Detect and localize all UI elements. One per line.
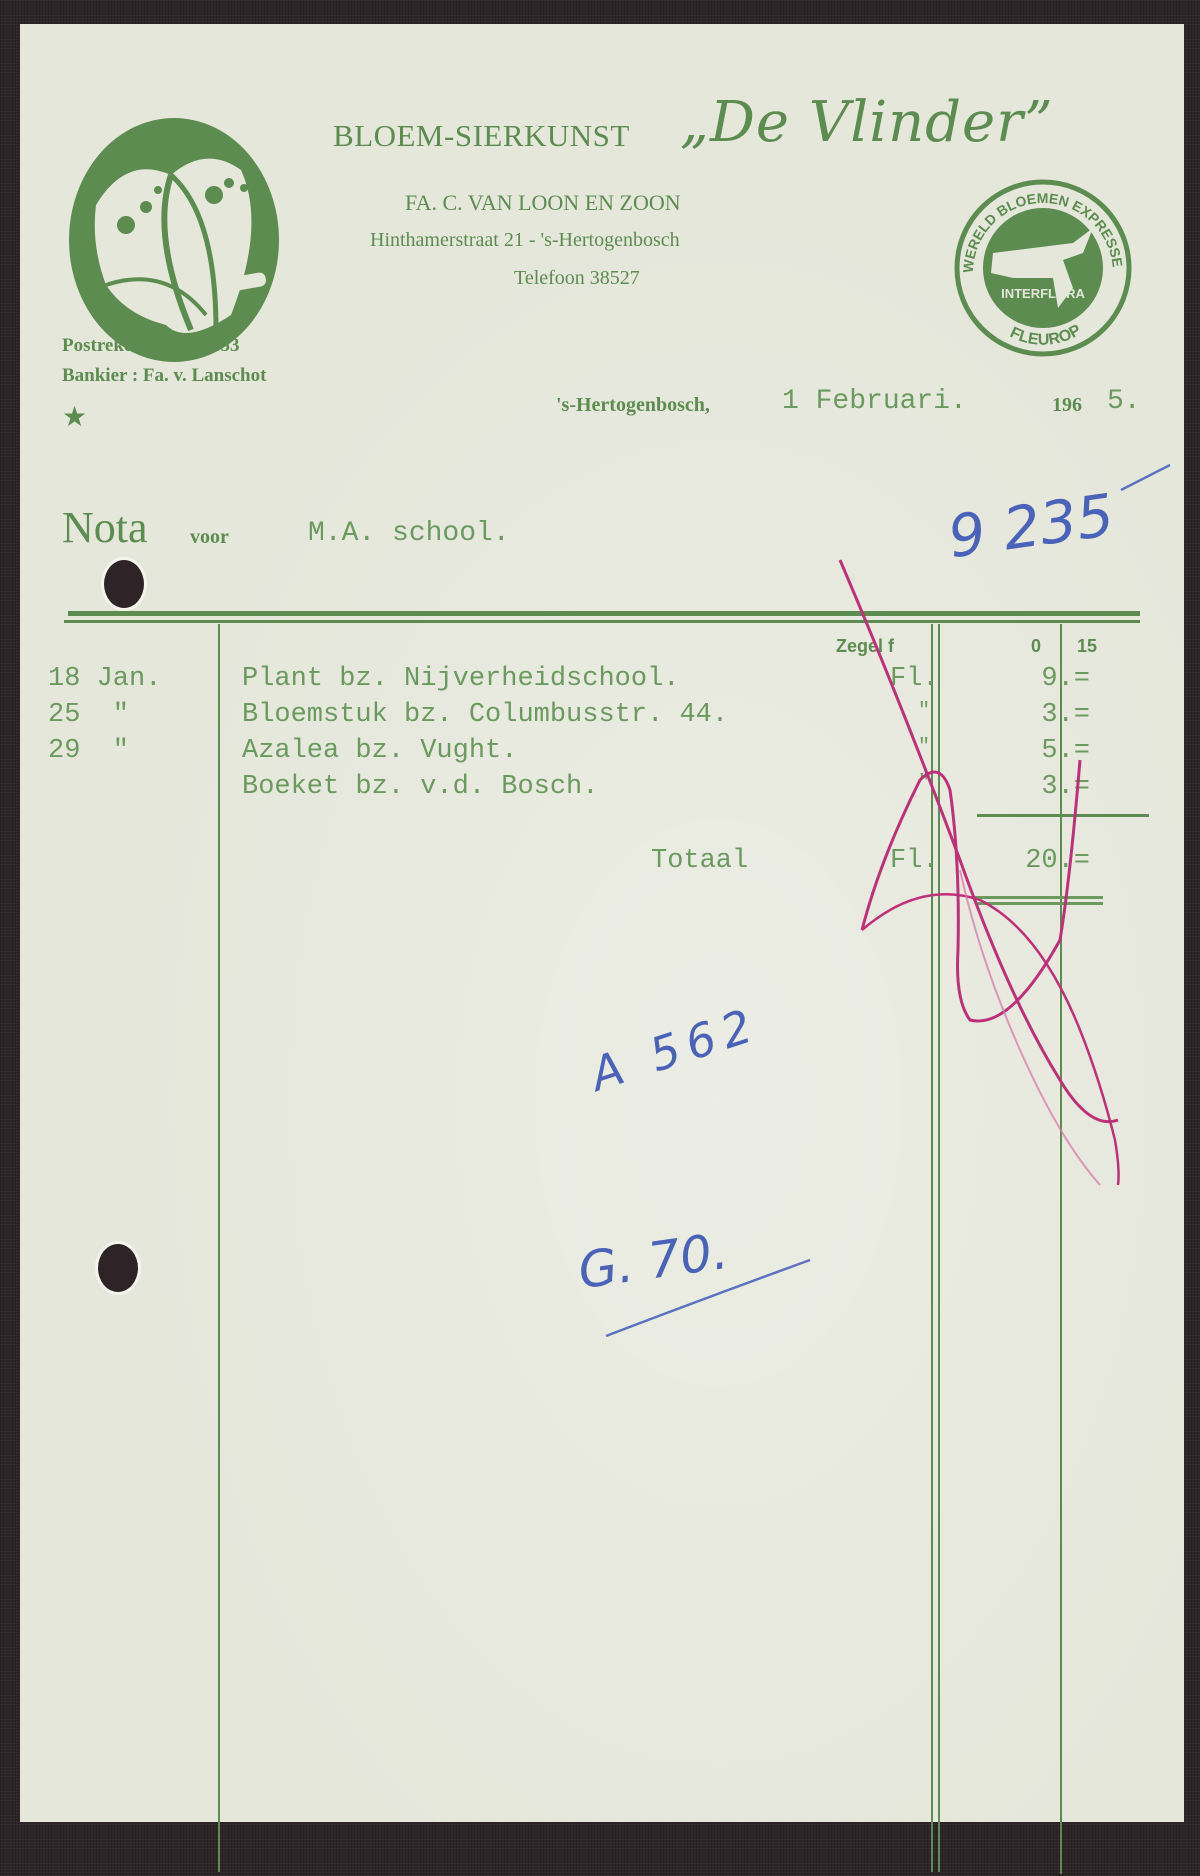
firm-name: FA. C. VAN LOON EN ZOON [405, 190, 681, 216]
butterfly-logo-icon [66, 115, 282, 365]
bankier: Bankier : Fa. v. Lanschot [62, 365, 266, 387]
date-year-prefix: 196 [1052, 394, 1082, 417]
interflora-fleurop-logo-icon: WERELD BLOEMEN EXPRESSE FLEUROP INTERFLO… [953, 178, 1133, 358]
svg-text:INTERFLORA: INTERFLORA [1001, 286, 1085, 301]
recipient: M.A. school. [308, 518, 510, 549]
column-divider-date [218, 624, 220, 1872]
column-divider-zegel [931, 624, 933, 1872]
header-guilders: 0 [1031, 636, 1041, 657]
date-place: 's-Hertogenbosch, [556, 394, 710, 417]
row-currency: " [918, 700, 930, 723]
punch-hole [98, 1244, 138, 1292]
date-day-month: 1 Februari. [782, 386, 967, 417]
company-name-script: „De Vlinder” [680, 90, 1054, 155]
table-top-rule-thin [64, 620, 1140, 623]
total-label: Totaal [651, 846, 748, 876]
row-amount: 3.= [990, 700, 1090, 730]
row-date: 18 Jan. [48, 664, 161, 694]
header-cents: 15 [1077, 636, 1097, 657]
row-date: 25 " [48, 700, 129, 730]
company-phone: Telefoon 38527 [514, 267, 640, 290]
row-amount: 9.= [990, 664, 1090, 694]
row-currency: " [918, 772, 930, 795]
total-currency: Fl. [890, 846, 939, 876]
header-zegel: Zegel f [836, 636, 894, 657]
total-double-rule [975, 902, 1103, 905]
column-divider-zegel-2 [938, 624, 940, 1872]
row-description: Bloemstuk bz. Columbusstr. 44. [242, 700, 728, 730]
row-amount: 5.= [990, 736, 1090, 766]
row-amount: 3.= [990, 772, 1090, 802]
row-date: 29 " [48, 736, 129, 766]
voor-label: voor [190, 526, 229, 549]
subtotal-rule [977, 814, 1149, 817]
row-description: Azalea bz. Vught. [242, 736, 517, 766]
postrekening: Postrekening 1079453 [62, 335, 240, 357]
column-divider-cents [1060, 624, 1062, 1874]
company-address: Hinthamerstraat 21 - 's-Hertogenbosch [370, 229, 680, 252]
total-amount: 20.= [990, 846, 1090, 876]
row-description: Plant bz. Nijverheidschool. [242, 664, 679, 694]
star-icon: ★ [62, 400, 87, 434]
row-currency: " [918, 736, 930, 759]
row-description: Boeket bz. v.d. Bosch. [242, 772, 598, 802]
table-top-rule [68, 611, 1140, 616]
date-year-suffix: 5. [1107, 386, 1141, 417]
company-title: BLOEM-SIERKUNST [333, 118, 630, 154]
nota-label: Nota [62, 502, 148, 553]
total-double-rule [975, 896, 1103, 899]
punch-hole [104, 560, 144, 608]
row-currency: Fl. [890, 664, 939, 694]
